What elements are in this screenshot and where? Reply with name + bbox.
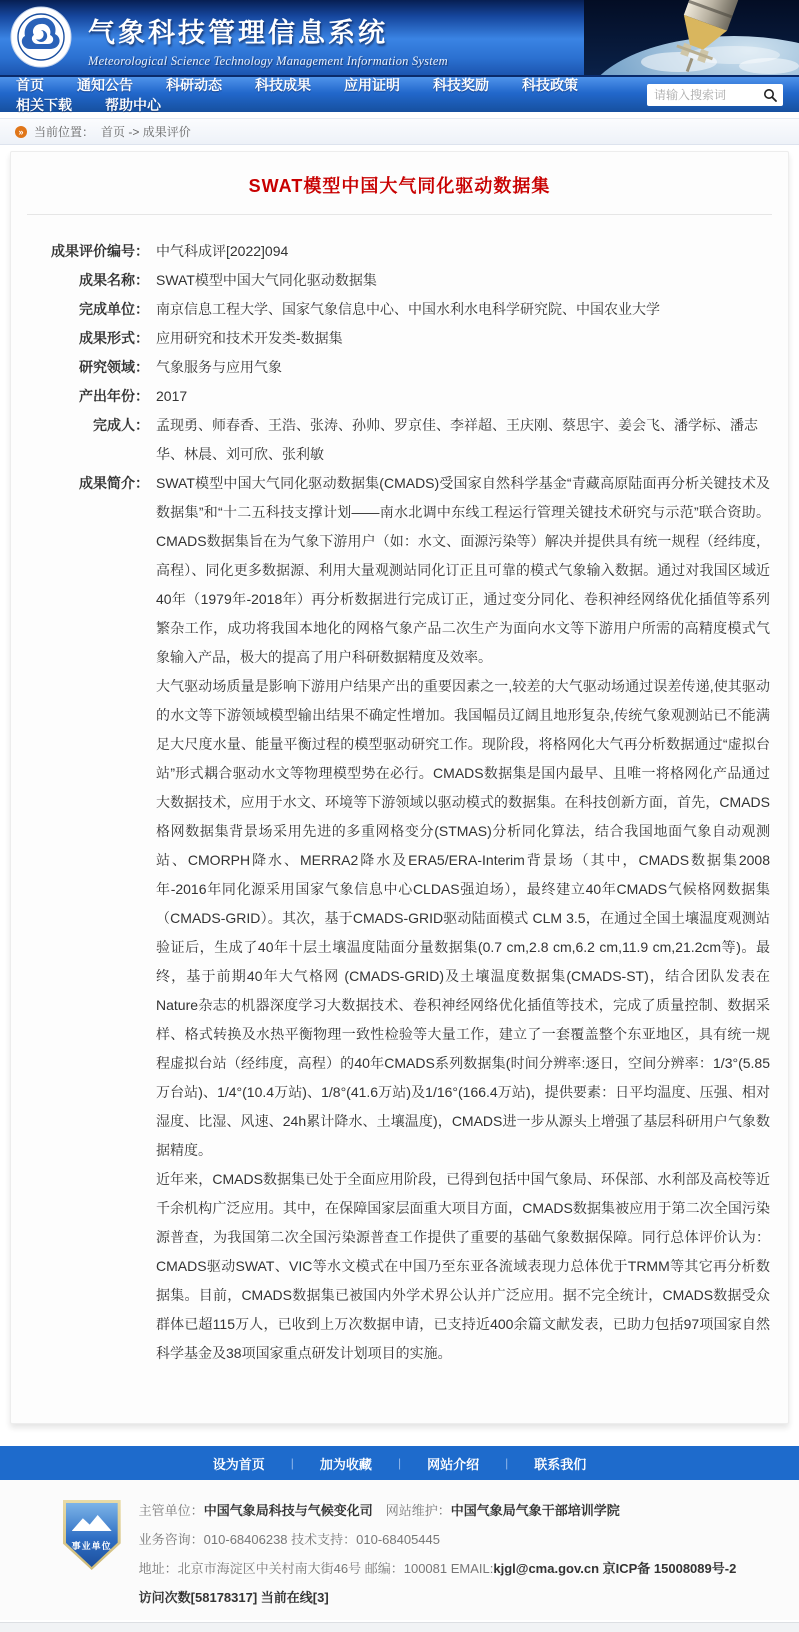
breadcrumb-separator: -> <box>125 125 143 139</box>
public-institution-badge: 事业单位 <box>63 1500 121 1570</box>
field-label: 完成人： <box>25 411 149 469</box>
abstract-body: SWAT模型中国大气同化驱动数据集(CMADS)受国家自然科学基金“青藏高原陆面… <box>156 469 770 1368</box>
field-label: 成果名称： <box>25 266 149 295</box>
page-title: SWAT模型中国大气同化驱动数据集 <box>11 172 788 198</box>
site-subtitle: Meteorological Science Technology Manage… <box>88 54 448 69</box>
field-label: 产出年份： <box>25 382 149 411</box>
field-label: 完成单位： <box>25 295 149 324</box>
site-title: 气象科技管理信息系统 <box>88 11 448 50</box>
footer-link-separator: | <box>505 1456 508 1470</box>
footer-info-segment: 主管单位： <box>139 1503 204 1518</box>
footer-info-segment: 中国气象局气象干部培训学院 <box>451 1503 620 1518</box>
nav-item-0[interactable]: 首页 <box>16 77 44 93</box>
breadcrumb-arrow-icon: » <box>15 126 27 138</box>
search-input[interactable] <box>652 87 762 103</box>
breadcrumb: » 当前位置： 首页 -> 成果评价 <box>0 118 799 145</box>
nav-item-5[interactable]: 科技奖励 <box>433 77 489 93</box>
footer-info-segment: kjgl@cma.gov.cn 京ICP备 15008089号-2 <box>493 1561 736 1576</box>
nav-item-1[interactable]: 通知公告 <box>77 77 133 93</box>
abstract-label: 成果简介： <box>25 469 149 1368</box>
search-icon[interactable] <box>762 87 778 103</box>
footer-info-line: 地址：北京市海淀区中关村南大街46号 邮编：100081 EMAIL:kjgl@… <box>139 1554 737 1583</box>
header-banner: 气象科技管理信息系统 Meteorological Science Techno… <box>0 0 799 75</box>
nav-item-7[interactable]: 相关下载 <box>16 97 72 113</box>
field-list: 成果评价编号：中气科成评[2022]094成果名称：SWAT模型中国大气同化驱动… <box>11 237 788 469</box>
satellite-image <box>584 0 799 75</box>
breadcrumb-section-link[interactable]: 成果评价 <box>143 125 191 139</box>
abstract-paragraph: SWAT模型中国大气同化驱动数据集(CMADS)受国家自然科学基金“青藏高原陆面… <box>156 469 770 672</box>
title-divider <box>27 214 772 215</box>
field-row: 成果评价编号：中气科成评[2022]094 <box>11 237 788 266</box>
field-row: 成果名称：SWAT模型中国大气同化驱动数据集 <box>11 266 788 295</box>
footer-info-line: 主管单位：中国气象局科技与气候变化司 网站维护：中国气象局气象干部培训学院 <box>139 1496 737 1525</box>
footer-info-segment: 地址：北京市海淀区中关村南大街46号 邮编：100081 EMAIL: <box>139 1561 494 1576</box>
nav-item-8[interactable]: 帮助中心 <box>105 97 161 113</box>
footer-link-bar: 设为首页|加为收藏|网站介绍|联系我们 <box>0 1446 799 1480</box>
breadcrumb-label: 当前位置： <box>34 123 94 140</box>
footer-link-separator: | <box>398 1456 401 1470</box>
footer-info: 事业单位 主管单位：中国气象局科技与气候变化司 网站维护：中国气象局气象干部培训… <box>0 1480 799 1620</box>
breadcrumb-home-link[interactable]: 首页 <box>101 125 125 139</box>
abstract-paragraph: 近年来，CMADS数据集已处于全面应用阶段，已得到包括中国气象局、环保部、水利部… <box>156 1165 770 1368</box>
field-label: 研究领域： <box>25 353 149 382</box>
field-label: 成果形式： <box>25 324 149 353</box>
field-value: 南京信息工程大学、国家气象信息中心、中国水利水电科学研究院、中国农业大学 <box>156 295 770 324</box>
page-bottom-strip <box>0 1622 799 1632</box>
search-box <box>647 84 783 106</box>
nav-item-3[interactable]: 科技成果 <box>255 77 311 93</box>
abstract-paragraph: 大气驱动场质量是影响下游用户结果产出的重要因素之一,较差的大气驱动场通过误差传递… <box>156 672 770 1165</box>
field-row: 产出年份：2017 <box>11 382 788 411</box>
footer-link-separator: | <box>291 1456 294 1470</box>
footer-link-2[interactable]: 网站介绍 <box>423 1454 483 1473</box>
field-value: 2017 <box>156 382 770 411</box>
field-row: 完成人：孟现勇、师春香、王浩、张涛、孙帅、罗京佳、李祥超、王庆刚、蔡思宇、姜会飞… <box>11 411 788 469</box>
footer-info-line: 访问次数[58178317] 当前在线[3] <box>139 1583 737 1612</box>
field-value: SWAT模型中国大气同化驱动数据集 <box>156 266 770 295</box>
badge-label: 事业单位 <box>66 1539 118 1552</box>
footer-info-segment: 中国气象局科技与气候变化司 <box>204 1503 373 1518</box>
nav-item-6[interactable]: 科技政策 <box>522 77 578 93</box>
field-value: 中气科成评[2022]094 <box>156 237 770 266</box>
abstract-row: 成果简介： SWAT模型中国大气同化驱动数据集(CMADS)受国家自然科学基金“… <box>11 469 788 1368</box>
footer-info-segment: 网站维护： <box>373 1503 451 1518</box>
cma-logo <box>10 6 72 68</box>
footer-info-line: 业务咨询：010-68406238 技术支持：010-68405445 <box>139 1525 737 1554</box>
field-value: 气象服务与应用气象 <box>156 353 770 382</box>
footer-text-block: 主管单位：中国气象局科技与气候变化司 网站维护：中国气象局气象干部培训学院业务咨… <box>139 1496 737 1612</box>
footer-info-segment: 访问次数[58178317] 当前在线[3] <box>139 1590 329 1605</box>
footer-link-1[interactable]: 加为收藏 <box>316 1454 376 1473</box>
footer-info-segment: 业务咨询：010-68406238 技术支持：010-68405445 <box>139 1532 440 1547</box>
field-value: 孟现勇、师春香、王浩、张涛、孙帅、罗京佳、李祥超、王庆刚、蔡思宇、姜会飞、潘学标… <box>156 411 770 469</box>
field-row: 研究领域：气象服务与应用气象 <box>11 353 788 382</box>
nav-item-4[interactable]: 应用证明 <box>344 77 400 93</box>
main-nav: 首页通知公告科研动态科技成果应用证明科技奖励科技政策相关下载帮助中心 <box>0 75 799 112</box>
badge-mountain-icon <box>72 1515 112 1531</box>
article-panel: SWAT模型中国大气同化驱动数据集 成果评价编号：中气科成评[2022]094成… <box>10 151 789 1424</box>
field-label: 成果评价编号： <box>25 237 149 266</box>
nav-item-2[interactable]: 科研动态 <box>166 77 222 93</box>
field-row: 完成单位：南京信息工程大学、国家气象信息中心、中国水利水电科学研究院、中国农业大… <box>11 295 788 324</box>
field-row: 成果形式：应用研究和技术开发类-数据集 <box>11 324 788 353</box>
field-value: 应用研究和技术开发类-数据集 <box>156 324 770 353</box>
footer-link-3[interactable]: 联系我们 <box>530 1454 590 1473</box>
footer-link-0[interactable]: 设为首页 <box>209 1454 269 1473</box>
